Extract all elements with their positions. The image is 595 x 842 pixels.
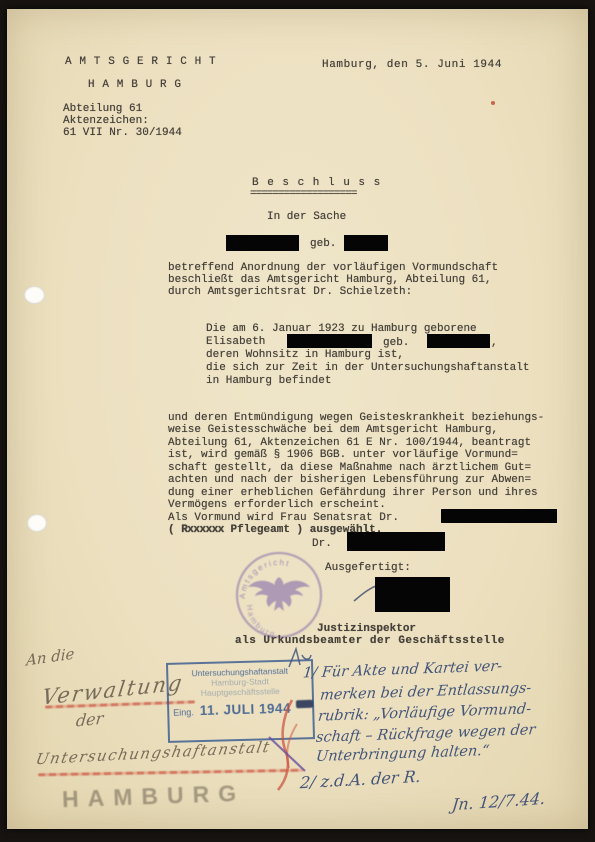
decision-line: ist, wird gemäß § 1906 BGB. unter vorläu… [168, 449, 518, 461]
redaction-bar-name [226, 235, 299, 251]
red-ink-dot [491, 101, 495, 105]
decision-line: achten und nach der bisherigen Lebensfüh… [168, 474, 531, 486]
file-ref-label: Aktenzeichen: [63, 115, 149, 127]
geb-label: geb. [310, 238, 336, 250]
scanned-document-page: { "doc": { "letterhead": { "court_line1"… [0, 0, 595, 842]
person-geb-label: geb. [383, 337, 409, 349]
decision-line: weise Geistesschwäche bei dem Amtsgerich… [168, 424, 498, 436]
redaction-bar-guardian [441, 509, 557, 523]
decision-line: und deren Entmündigung wegen Geisteskran… [168, 412, 544, 424]
intro-line: beschließt das Amtsgericht Hamburg, Abte… [168, 274, 491, 286]
intro-line: betreffend Anordnung der vorläufigen Vor… [168, 262, 498, 274]
case-intro: In der Sache [267, 211, 346, 223]
court-name-line1: A M T S G E R I C H T [65, 56, 216, 68]
bracket-open: ( [168, 524, 181, 536]
person-name: Elisabeth [206, 336, 265, 348]
title-underline: =================== [250, 188, 356, 200]
person-line4: die sich zur Zeit in der Untersuchungsha… [206, 362, 529, 374]
signer-role1: Justizinspektor [317, 623, 416, 635]
eagle-silhouette [248, 578, 310, 612]
decision-line: Abteilung 61, Aktenzeichen 61 E Nr. 100/… [168, 437, 531, 449]
court-seal-eagle-stamp: Amtsgericht Hamburg [233, 549, 325, 641]
court-name-line2: H A M B U R G [88, 79, 182, 91]
ausgefertigt-label: Ausgefertigt: [325, 562, 411, 574]
handwritten-address-line: der [75, 708, 104, 730]
person-line5: in Hamburg befindet [206, 375, 331, 387]
redaction-bar-birthname2 [427, 334, 490, 348]
decision-line: Vermögens erforderlich erscheint. [168, 499, 386, 511]
department-line: Abteilung 61 [63, 103, 142, 115]
decision-line: dung einer erheblichen Gefährdung ihrer … [168, 487, 538, 499]
redaction-bar-judge [347, 532, 445, 551]
received-stamp-eing-label: Eing. [173, 707, 194, 718]
vormund-line: Als Vormund wird Frau Senatsrat Dr. [168, 512, 399, 524]
intro-line: durch Amtsgerichtsrat Dr. Schielzeth: [168, 286, 412, 298]
punch-hole-bottom [27, 514, 47, 532]
person-line3: deren Wohnsitz in Hamburg ist, [206, 349, 404, 361]
punch-hole-top [24, 286, 45, 304]
purple-pen-stroke [266, 733, 308, 775]
redaction-block-signature [375, 577, 450, 612]
dateline: Hamburg, den 5. Juni 1944 [322, 59, 502, 71]
svg-text:Hamburg: Hamburg [245, 604, 277, 639]
redaction-bar-birthname [344, 235, 388, 251]
decision-line: schaft gestellt, da diese Maßnahme nach … [168, 462, 531, 474]
signer-role2: als Urkundsbeamter der Geschäftsstelle [235, 635, 505, 647]
redaction-bar-surname [287, 334, 372, 348]
struck-word: Rxxxxxx [181, 524, 224, 536]
file-ref-number: 61 VII Nr. 30/1944 [63, 127, 182, 139]
person-comma: , [491, 337, 498, 349]
